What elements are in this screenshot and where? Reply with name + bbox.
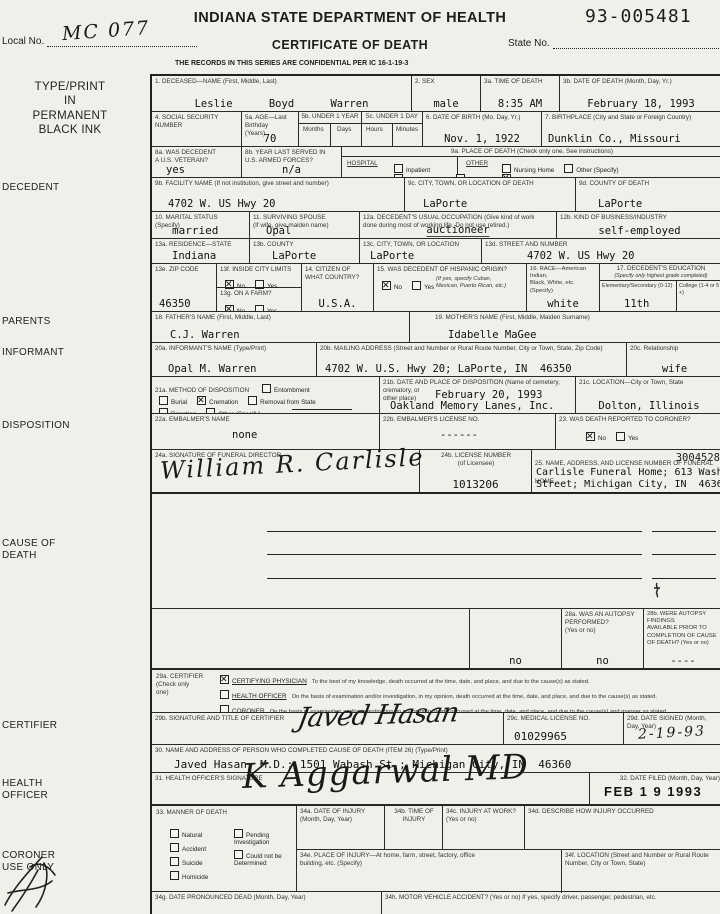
certificate-number: 93-005481: [585, 6, 692, 27]
margin-health-officer: HEALTH OFFICER: [2, 778, 48, 802]
checkbox-option: Suicide: [170, 856, 212, 867]
field-facility-name: 9b. FACILITY NAME (If not institution, g…: [152, 178, 405, 211]
checkbox-option: Natural: [170, 828, 212, 839]
funeral-home-address-line1: Carlisle Funeral Home; 613 Washington: [536, 467, 720, 478]
empty-checkbox-icon: [234, 850, 243, 859]
certificate-form: 1. DECEASED—NAME (First, Middle, Last) L…: [150, 74, 720, 914]
field-ssn: 4. SOCIAL SECURITY NUMBER: [152, 112, 242, 146]
field-father-name: 18. FATHER'S NAME (First, Middle, Last) …: [152, 312, 410, 342]
cause-of-death-part2: [152, 609, 470, 668]
checked-checkbox-icon: [220, 675, 229, 684]
checked-checkbox-icon: [382, 281, 391, 290]
residence-city-value: LaPorte: [370, 250, 414, 262]
time-of-death-value: 8:35 AM: [498, 98, 542, 110]
other-group-label: OTHER: [466, 160, 488, 168]
state-no-label: State No.: [508, 38, 720, 49]
county-of-death-value: LaPorte: [598, 198, 642, 210]
marital-status-value: married: [172, 224, 218, 237]
field-completed-by: 30. NAME AND ADDRESS OF PERSON WHO COMPL…: [152, 745, 720, 772]
hospital-options-row2: ER/OutpatientDOA: [394, 169, 491, 177]
field-time-of-injury: 34b. TIME OF INJURY: [385, 806, 443, 850]
field-date-of-death: 3b. DATE OF DEATH (Month, Day, Yr.) Febr…: [560, 76, 720, 111]
field-inside-city-limits: 13f. INSIDE CITY LIMITS NoYes 13g. ON A …: [217, 264, 302, 311]
checkbox-label: No: [394, 284, 402, 291]
on-a-farm-options: NoYes: [225, 300, 287, 311]
age-value: 70: [264, 133, 277, 145]
margin-parents: PARENTS: [2, 316, 51, 327]
checkbox-label: Other (Specify): [218, 411, 260, 413]
checkbox-option: Other (Specify): [206, 411, 260, 413]
empty-checkbox-icon: [564, 164, 573, 173]
interval-line-b: [652, 554, 716, 555]
citizen-value: U.S.A.: [319, 298, 357, 310]
field-autopsy-findings: 28b. WERE AUTOPSY FINDINGS AVAILABLE PRI…: [644, 609, 720, 668]
field-residence-city: 13c. CITY, TOWN, OR LOCATION LaPorte: [360, 239, 482, 263]
funeral-home-address-line2: Street; Michigan City, IN 46360: [536, 479, 720, 490]
checkbox-label: Suicide: [182, 860, 203, 867]
veteran-value: yes: [166, 164, 185, 176]
race-value: white: [547, 298, 579, 310]
medical-license-value: 01029965: [514, 730, 567, 743]
cause-line-c: [267, 578, 642, 579]
disposition-location-value: Dolton, Illinois: [598, 400, 699, 412]
margin-decedent: DECEDENT: [2, 182, 59, 193]
field-motor-vehicle-accident: 34h. MOTOR VEHICLE ACCIDENT? (Yes or no)…: [382, 892, 720, 914]
margin-informant: INFORMANT: [2, 347, 64, 358]
surviving-spouse-value: Opal: [266, 225, 291, 237]
margin-certifier: CERTIFIER: [2, 720, 57, 731]
city-of-death-value: LaPorte: [423, 198, 467, 210]
field-medical-license: 29c. MEDICAL LICENSE NO. 01029965: [504, 713, 624, 744]
field-citizen-of: 14. CITIZEN OF WHAT COUNTRY? U.S.A.: [302, 264, 374, 311]
empty-checkbox-icon: [170, 829, 179, 838]
sex-value: male: [433, 98, 458, 110]
checkbox-label: Homicide: [182, 874, 208, 881]
checkbox-option: Yes: [255, 308, 277, 311]
field-place-of-injury: 34e. PLACE OF INJURY—At home, farm, stre…: [297, 850, 562, 893]
cause-line-a: [267, 531, 642, 532]
document-title: CERTIFICATE OF DEATH: [220, 38, 480, 52]
empty-checkbox-icon: [412, 281, 421, 290]
checked-checkbox-icon: [586, 432, 595, 441]
informant-name-value: Opal M. Warren: [168, 363, 257, 375]
field-marital-status: 10. MARITAL STATUS (Specify) married: [152, 212, 250, 238]
armed-forces-value: n/a: [282, 164, 301, 176]
field-embalmer-license: 22b. EMBALMER'S LICENSE NO. ------: [380, 414, 556, 449]
cause-line-b: [267, 554, 642, 555]
checkbox-label: No: [598, 435, 606, 442]
facility-name-value: 4702 W. US Hwy 20: [168, 198, 275, 210]
hispanic-origin-options: NoYes: [382, 276, 444, 294]
field-informant-name: 20a. INFORMANT'S NAME (Type/Print) Opal …: [152, 343, 317, 376]
checkbox-option: No: [225, 308, 245, 311]
date-filed-stamp: FEB 1 9 1993: [604, 784, 702, 799]
zip-code-value: 46350: [159, 298, 191, 310]
empty-checkbox-icon: [170, 857, 179, 866]
field-date-signed: 29d. DATE SIGNED (Month, Day, Year) 2-19…: [624, 713, 720, 744]
field-informant-relationship: 20c. Relationship wife: [627, 343, 720, 376]
checkbox-label: CERTIFYING PHYSICIAN: [232, 678, 307, 685]
checkbox-option: Could not be Determined: [234, 849, 282, 867]
embalmer-name-value: none: [232, 429, 257, 441]
empty-checkbox-icon: [170, 843, 179, 852]
disposition-options-row2: DonationOther (Specify): [159, 403, 271, 413]
field-residence-street: 13d. STREET AND NUMBER 4702 W. US Hwy 20: [482, 239, 720, 263]
field-place-of-death: 9a. PLACE OF DEATH (Check only one. See …: [342, 147, 720, 177]
deceased-name-value: Leslie Boyd Warren: [195, 98, 369, 110]
field-pregnant: 27. WAS DECEDENT PREGNANT OR 90 DAYS POS…: [470, 609, 562, 668]
checkbox-option: No: [382, 284, 402, 291]
local-no-label: Local No.: [2, 36, 197, 47]
field-sex: 2. SEX male: [412, 76, 481, 111]
checkbox-option: CERTIFYING PHYSICIANTo the best of my kn…: [220, 674, 710, 685]
date-of-birth-value: Nov. 1, 1922: [444, 133, 520, 145]
disposition-place-value: Oakland Memory Lanes, Inc.: [390, 400, 554, 412]
checkbox-option: Yes: [412, 284, 434, 291]
field-education: 17. DECEDENT'S EDUCATION (Specify only h…: [600, 264, 720, 311]
other-options-row2: Residence: [502, 169, 554, 177]
occupation-value: auctioneer: [426, 224, 489, 237]
date-of-death-value: February 18, 1993: [587, 98, 694, 110]
field-veteran: 8a. WAS DECEDENT A U.S. VETERAN? yes: [152, 147, 242, 177]
birthplace-value: Dunklin Co., Missouri: [548, 133, 681, 145]
checkbox-description: On the basis of examination and/or inves…: [292, 694, 657, 700]
field-under-1-day: 5c. UNDER 1 DAY Hours Minutes: [362, 112, 423, 146]
field-city-of-death: 9c. CITY, TOWN, OR LOCATION OF DEATH LaP…: [405, 178, 576, 211]
field-embalmer-name: 22a. EMBALMER'S NAME none: [152, 414, 380, 449]
empty-checkbox-icon: [220, 705, 229, 712]
autopsy-findings-value: ----: [670, 655, 695, 667]
margin-cause-of-death: CAUSE OF DEATH: [2, 538, 56, 562]
interval-line-a: [652, 531, 716, 532]
checkbox-option: HEALTH OFFICEROn the basis of examinatio…: [220, 689, 710, 700]
checkbox-option: Donation: [159, 411, 196, 413]
field-manner-of-death: 33. MANNER OF DEATH NaturalAccidentSuici…: [152, 806, 297, 891]
field-surviving-spouse: 11. SURVIVING SPOUSE (If wife, give maid…: [250, 212, 360, 238]
checkbox-description: On the basis of examination and/or inves…: [270, 709, 668, 712]
field-funeral-home: 25. NAME, ADDRESS, AND LICENSE NUMBER OF…: [532, 450, 720, 492]
embalmer-license-value: ------: [440, 429, 478, 441]
disposition-other-line: [292, 409, 352, 410]
field-business-industry: 12b. KIND OF BUSINESS/INDUSTRY self-empl…: [557, 212, 720, 238]
field-injury-location: 34f. LOCATION (Street and Number or Rura…: [562, 850, 720, 893]
manner-options-col1: NaturalAccidentSuicideHomicide: [170, 828, 222, 884]
empty-checkbox-icon: [616, 432, 625, 441]
field-time-of-death: 3a. TIME OF DEATH 8:35 AM: [481, 76, 560, 111]
confidential-note: THE RECORDS IN THIS SERIES ARE CONFIDENT…: [175, 60, 408, 67]
residence-state-value: Indiana: [172, 250, 216, 262]
residence-street-value: 4702 W. US Hwy 20: [527, 250, 634, 262]
field-certifier: 29a. CERTIFIER (Check only one) CERTIFYI…: [152, 670, 720, 712]
field-race: 16. RACE—American Indian, Black, White, …: [527, 264, 600, 311]
field-autopsy-performed: 28a. WAS AN AUTOPSY PERFORMED? (Yes or n…: [562, 609, 644, 668]
field-informant-address: 20b. MAILING ADDRESS (Street and Number …: [317, 343, 627, 376]
field-residence-county: 13b. COUNTY LaPorte: [250, 239, 360, 263]
empty-checkbox-icon: [255, 305, 264, 311]
checkbox-label: Other (Specify): [576, 167, 618, 174]
education-col1-label: Elementary/Secondary (0-12): [602, 283, 672, 290]
field-date-of-injury: 34a. DATE OF INJURY (Month, Day, Year): [297, 806, 385, 850]
field-health-officer-signature: 31. HEALTH OFFICER'S SIGNATURE: [152, 773, 590, 804]
informant-address-value: 4702 W. U.S. Hwy 20; LaPorte, IN 46350: [325, 363, 572, 375]
field-mother-name: 19. MOTHER'S NAME (First, Middle, Maiden…: [410, 312, 720, 342]
field-birthplace: 7. BIRTHPLACE (City and State or Foreign…: [542, 112, 720, 146]
certifier-label: 29a. CERTIFIER (Check only one): [156, 673, 203, 697]
reported-to-coroner-options: NoYes: [586, 427, 648, 445]
cause-of-death-part1: [152, 494, 720, 608]
education-sub-label: (Specify only highest grade completed): [600, 273, 720, 280]
field-reported-to-coroner: 23. WAS DEATH REPORTED TO CORONER? NoYes: [556, 414, 720, 449]
field-funeral-director-license: 24b. LICENSE NUMBER (of Licensee) 101320…: [420, 450, 532, 492]
pregnant-value: no: [509, 655, 522, 667]
checkbox-label: Donation: [171, 411, 196, 413]
relationship-value: wife: [662, 363, 687, 375]
field-date-filed: 32. DATE FILED (Month, Day, Year) FEB 1 …: [590, 773, 720, 804]
checkbox-option: No: [586, 435, 606, 442]
empty-checkbox-icon: [456, 174, 465, 177]
margin-type-print: TYPE/PRINT IN PERMANENT BLACK INK: [0, 80, 140, 138]
funeral-director-license-value: 1013206: [452, 478, 498, 491]
state-no-line: [553, 38, 720, 49]
empty-checkbox-icon: [206, 408, 215, 413]
field-under-1-year: 5b. UNDER 1 YEAR Months Days: [299, 112, 362, 146]
checkbox-option: Accident: [170, 842, 212, 853]
father-name-value: C.J. Warren: [170, 329, 240, 341]
checkbox-option: Other (Specify): [564, 167, 618, 174]
education-col2-label: College (1-4 or 5 +): [679, 283, 720, 297]
empty-checkbox-icon: [394, 174, 403, 177]
empty-checkbox-icon: [170, 871, 179, 880]
field-date-pronounced-dead: 34g. DATE PRONOUNCED DEAD (Month, Day, Y…: [152, 892, 382, 914]
injury-block: 34a. DATE OF INJURY (Month, Day, Year) 3…: [297, 806, 720, 891]
checkbox-label: Yes: [424, 284, 434, 291]
local-no-line: [47, 36, 197, 47]
funeral-home-license-value: 3004528: [676, 452, 720, 464]
checked-checkbox-icon: [502, 174, 511, 177]
field-age: 5a. AGE—Last Birthday (Years) 70: [242, 112, 299, 146]
field-zip-code: 13e. ZIP CODE 46350: [152, 264, 217, 311]
checkbox-label: Yes: [267, 308, 277, 311]
empty-checkbox-icon: [234, 829, 243, 838]
field-deceased-name: 1. DECEASED—NAME (First, Middle, Last) L…: [152, 76, 412, 111]
field-certifier-signature: 29b. SIGNATURE AND TITLE OF CERTIFIER: [152, 713, 504, 744]
autopsy-performed-value: no: [596, 655, 609, 667]
checkbox-option: Pending Investigation: [234, 828, 282, 846]
interval-line-c: [652, 578, 716, 579]
field-method-of-disposition: 21a. METHOD OF DISPOSITION Entombment Bu…: [152, 377, 380, 413]
checkbox-label: No: [237, 308, 245, 311]
field-describe-injury: 34d. DESCRIBE HOW INJURY OCCURRED: [525, 806, 720, 850]
checkbox-label: Natural: [182, 832, 202, 839]
field-funeral-director-signature: 24a. SIGNATURE OF FUNERAL DIRECTOR: [152, 450, 420, 492]
field-residence-state: 13a. RESIDENCE—STATE Indiana: [152, 239, 250, 263]
checkbox-label: Accident: [182, 846, 206, 853]
certifier-options: CERTIFYING PHYSICIANTo the best of my kn…: [220, 674, 720, 712]
field-date-place-of-disposition: 21b. DATE AND PLACE OF DISPOSITION (Name…: [380, 377, 576, 413]
margin-coroner-use-only: CORONER USE ONLY: [2, 850, 55, 874]
field-injury-at-work: 34c. INJURY AT WORK? (Yes or no): [443, 806, 525, 850]
hospital-group-label: HOSPITAL: [347, 160, 378, 168]
margin-disposition: DISPOSITION: [2, 420, 70, 431]
residence-county-value: LaPorte: [272, 250, 316, 262]
education-elementary-value: 11th: [624, 298, 649, 310]
checkbox-description: To the best of my knowledge, death occur…: [312, 679, 590, 685]
date-signed-value: 2-19-93: [638, 723, 707, 743]
field-date-of-birth: 6. DATE OF BIRTH (Mo. Day, Yr.) Nov. 1, …: [423, 112, 542, 146]
manner-options-col2: Pending InvestigationCould not be Determ…: [234, 828, 292, 870]
empty-checkbox-icon: [159, 408, 168, 413]
checkbox-label: HEALTH OFFICER: [232, 693, 287, 700]
mother-name-value: Idabelle MaGee: [448, 329, 537, 341]
checkbox-label: Yes: [628, 435, 638, 442]
business-industry-value: self-employed: [598, 225, 680, 237]
completed-by-value: Javed Hasan, M.D.; 1501 Wabash St.; Mich…: [174, 758, 571, 771]
field-occupation: 12a. DECEDENT'S USUAL OCCUPATION (Give k…: [360, 212, 557, 238]
death-certificate-scan: INDIANA STATE DEPARTMENT OF HEALTH 93-00…: [0, 0, 720, 914]
hispanic-origin-note: (If yes, specify Cuban, Mexican, Puerto …: [436, 276, 506, 290]
checked-checkbox-icon: [225, 305, 234, 311]
field-county-of-death: 9d. COUNTY OF DEATH LaPorte: [576, 178, 720, 211]
checkbox-option: Homicide: [170, 870, 212, 881]
field-disposition-location: 21c. LOCATION—City or Town, State Dolton…: [576, 377, 720, 413]
field-armed-forces-year: 8b. YEAR LAST SERVED IN U.S. ARMED FORCE…: [242, 147, 342, 177]
checkbox-option: Yes: [616, 435, 638, 442]
page-title: INDIANA STATE DEPARTMENT OF HEALTH: [150, 10, 550, 26]
field-hispanic-origin: 15. WAS DECEDENT OF HISPANIC ORIGIN? NoY…: [374, 264, 527, 311]
checkbox-label: CORONER: [232, 708, 265, 712]
empty-checkbox-icon: [220, 690, 229, 699]
ink-mark: [652, 582, 662, 598]
checkbox-option: CORONEROn the basis of examination and/o…: [220, 704, 710, 712]
